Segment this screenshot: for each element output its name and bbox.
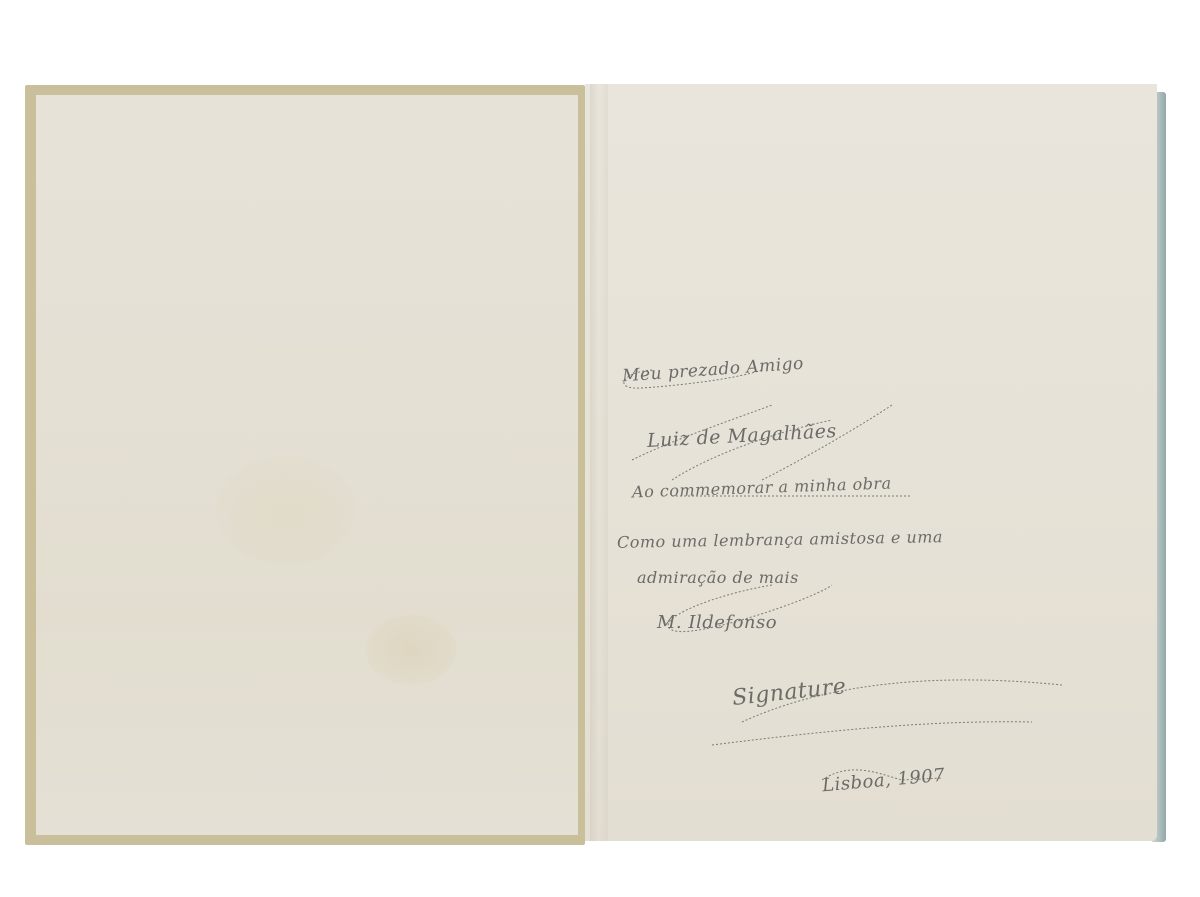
inscription-line: M. Ildefonso [657, 612, 777, 633]
book-gutter [590, 84, 608, 841]
paper-stain [366, 615, 456, 685]
left-page-blank [36, 95, 578, 835]
handwritten-dedication: Meu prezado Amigo Luiz de Magalhães Ao c… [612, 350, 1072, 820]
inscription-line: admiração de mais [637, 568, 799, 587]
paper-stain [216, 455, 356, 565]
open-book: Meu prezado Amigo Luiz de Magalhães Ao c… [0, 0, 1200, 897]
